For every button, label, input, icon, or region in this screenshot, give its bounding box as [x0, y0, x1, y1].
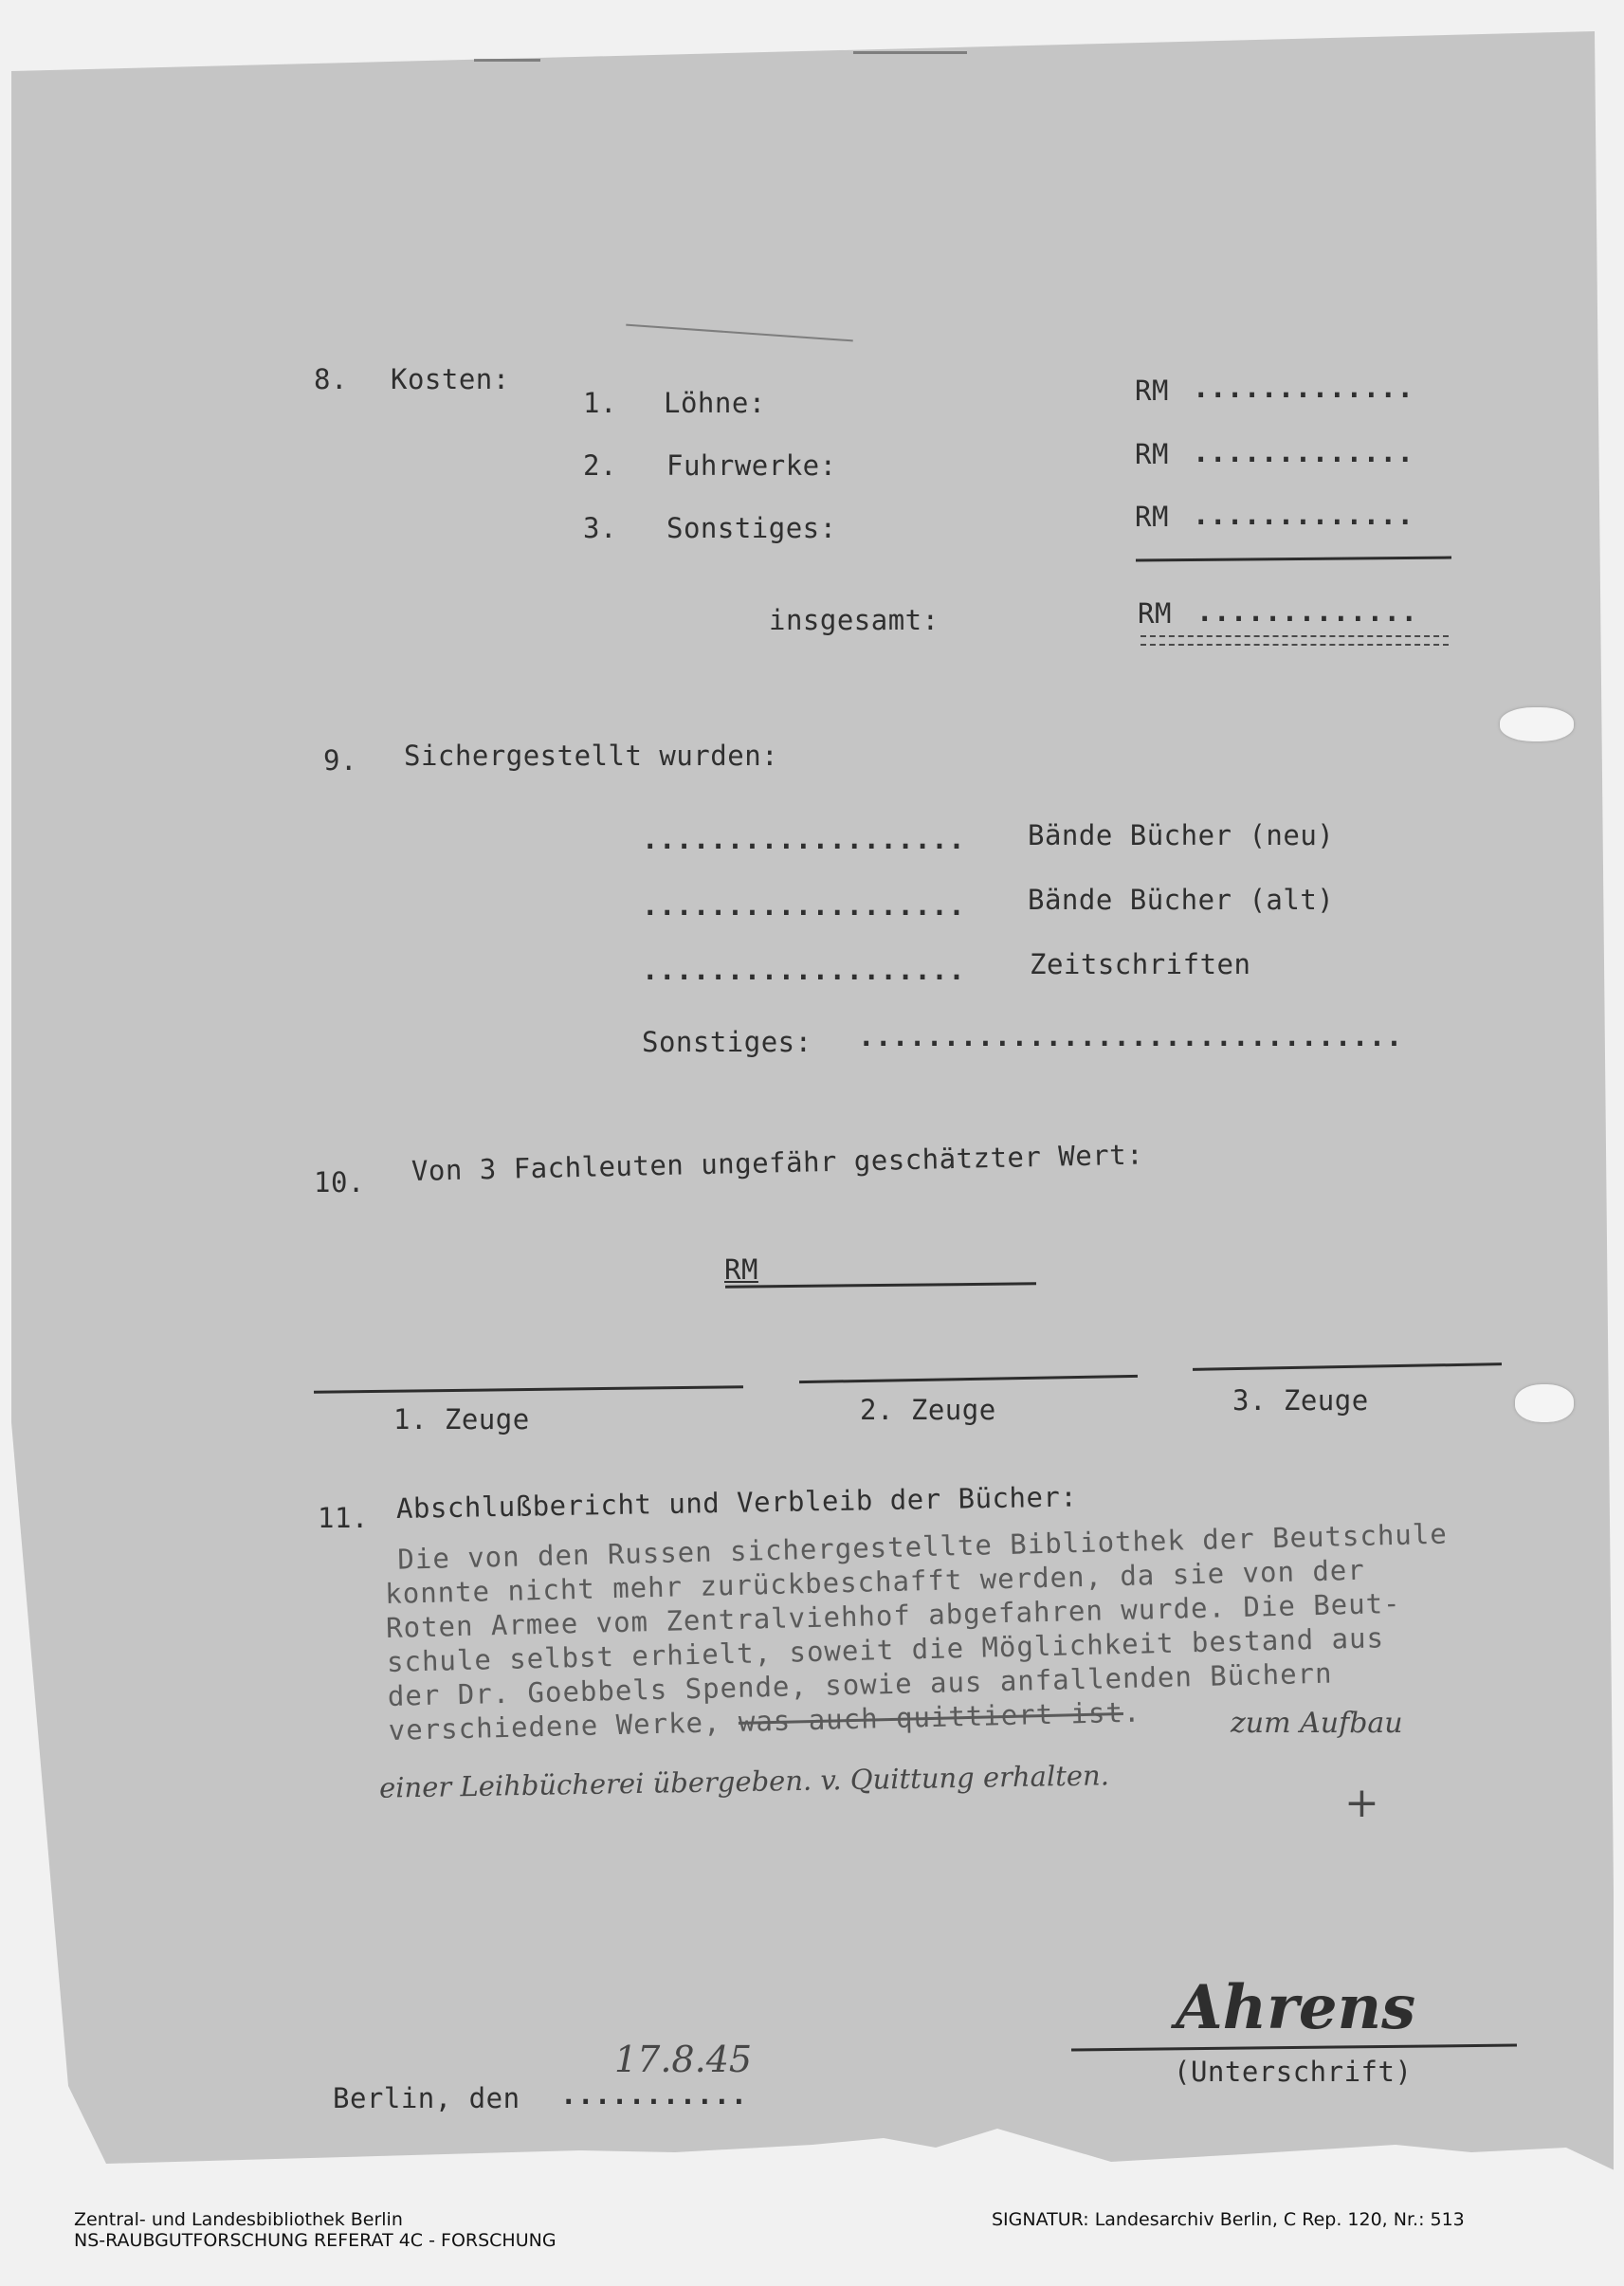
handwritten-mark: + — [1344, 1779, 1379, 1827]
witness-1-label: 1. Zeuge — [393, 1403, 530, 1436]
handwritten-date: 17.8.45 — [614, 2039, 752, 2080]
secured-other-field[interactable]: ................................ — [858, 1020, 1403, 1052]
report-line-end: . — [1122, 1696, 1140, 1728]
secured-other-label: Sonstiges: — [642, 1026, 812, 1058]
place-label: Berlin, den — [333, 2082, 520, 2114]
cost-item-label: Fuhrwerke: — [666, 449, 837, 482]
cost-value-field[interactable]: ............. — [1193, 436, 1414, 468]
signature-label: (Unterschrift) — [1174, 2056, 1412, 2088]
section8-title: Kosten: — [391, 363, 510, 395]
punch-hole-top — [1500, 707, 1574, 741]
report-line-start: verschiedene Werke, — [388, 1706, 721, 1747]
cost-total-field[interactable]: ............. — [1196, 595, 1417, 628]
ink-speck — [853, 51, 967, 54]
cost-item-number: 2. — [583, 449, 617, 482]
cost-total-currency: RM — [1138, 597, 1172, 630]
footer-signatur: SIGNATUR: Landesarchiv Berlin, C Rep. 12… — [992, 2209, 1465, 2230]
date-field[interactable]: ........... — [560, 2078, 748, 2111]
secured-item-label: Bände Bücher (alt) — [1028, 884, 1334, 916]
section8-number: 8. — [314, 363, 348, 395]
secured-item-label: Bände Bücher (neu) — [1028, 819, 1334, 851]
footer-library-line1: Zentral- und Landesbibliothek Berlin — [74, 2209, 403, 2230]
cost-currency: RM — [1135, 375, 1169, 407]
section11-number: 11. — [318, 1502, 369, 1534]
witness-2-label: 2. Zeuge — [860, 1394, 996, 1426]
cost-currency: RM — [1135, 501, 1169, 533]
section10-number: 10. — [314, 1166, 365, 1198]
cost-item-label: Löhne: — [664, 387, 766, 419]
handwritten-note-a: zum Aufbau — [1231, 1707, 1403, 1740]
cost-item-number: 3. — [583, 512, 617, 544]
secured-count-field[interactable]: ................... — [642, 954, 965, 986]
cost-currency: RM — [1135, 438, 1169, 470]
footer-library-line2: NS-RAUBGUTFORSCHUNG REFERAT 4C - FORSCHU… — [74, 2230, 557, 2251]
cost-total-double-underline — [1140, 635, 1449, 646]
secured-count-field[interactable]: ................... — [642, 889, 965, 922]
punch-hole-bottom — [1515, 1384, 1574, 1422]
handwritten-signature: Ahrens — [1176, 1972, 1415, 2043]
secured-item-label: Zeitschriften — [1030, 948, 1250, 980]
ink-speck — [474, 59, 540, 62]
witness-3-label: 3. Zeuge — [1232, 1384, 1369, 1417]
section9-title: Sichergestellt wurden: — [404, 740, 778, 772]
cost-total-label: insgesamt: — [769, 604, 940, 636]
document-page — [11, 0, 1614, 2200]
cost-item-number: 1. — [583, 387, 617, 419]
estimate-currency: RM — [724, 1253, 758, 1286]
section9-number: 9. — [323, 744, 357, 777]
cost-item-label: Sonstiges: — [666, 512, 837, 544]
cost-value-field[interactable]: ............. — [1193, 372, 1414, 404]
secured-count-field[interactable]: ................... — [642, 823, 965, 855]
cost-value-field[interactable]: ............. — [1193, 499, 1414, 531]
